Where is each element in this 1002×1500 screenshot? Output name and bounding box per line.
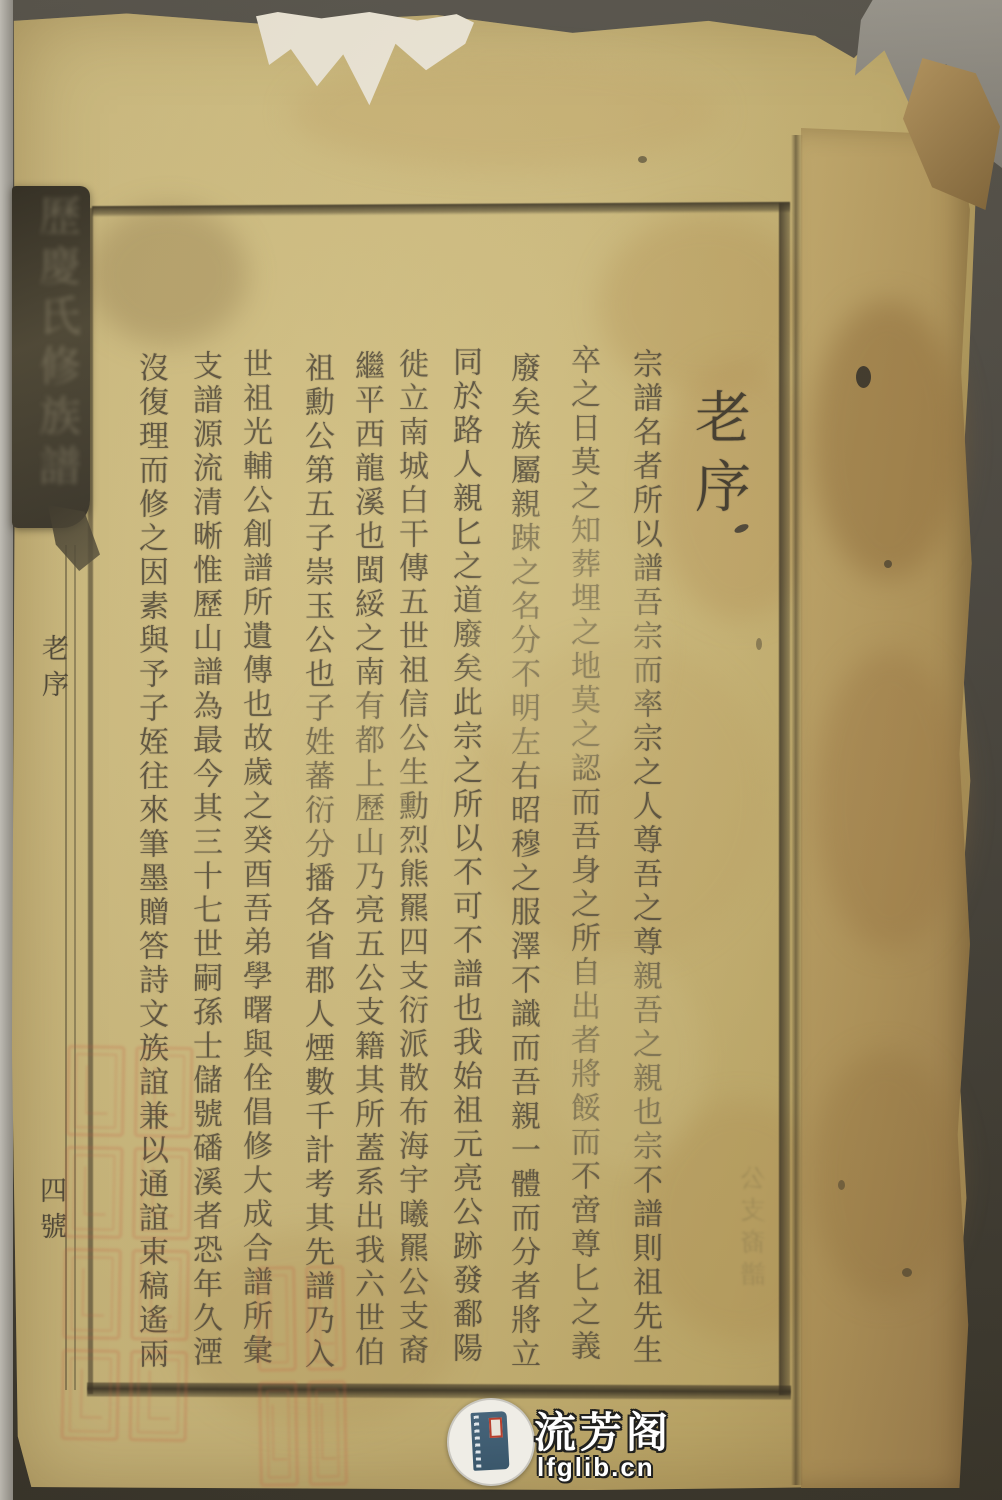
watermark-site-url: lfglib.cn	[537, 1452, 655, 1483]
spine-title-text: 歷慶氏修族譜	[26, 194, 86, 494]
spine-title-block: 歷慶氏修族譜	[12, 186, 90, 528]
margin-section-label: 老序	[34, 634, 73, 706]
wormhole-speck	[902, 1268, 912, 1277]
seal-glyph	[258, 1381, 299, 1487]
seal-glyph	[132, 1147, 192, 1239]
paper-stain	[815, 650, 965, 950]
paper-stain	[88, 205, 248, 345]
wormhole-speck	[638, 156, 647, 163]
scanned-page-photo: 歷慶氏修族譜 老序 宗譜名者所以譜吾宗而率宗之人尊吾之尊親吾之親也宗不譜則祖先生…	[0, 0, 1002, 1500]
text-column-2: 卒之日莫之知葬埋之地莫之認而吾身之所自出者將餒而不啻尊匕之義	[560, 344, 604, 1364]
book-icon	[471, 1411, 510, 1471]
wormhole-speck	[756, 638, 762, 650]
watermark-badge	[447, 1398, 535, 1486]
seal-glyph	[61, 1349, 121, 1441]
paper-stain	[812, 300, 962, 580]
showthrough-ghost-text: 公支裔譜	[738, 1165, 774, 1293]
watermark-site-name: 流芳阁	[534, 1400, 672, 1460]
preface-title: 老序	[678, 388, 758, 526]
seal-glyph	[307, 1380, 348, 1486]
text-column-1: 宗譜名者所以譜吾宗而率宗之人尊吾之尊親吾之親也宗不譜則祖先生	[622, 348, 666, 1368]
frame-border-right	[779, 203, 790, 1395]
paper-stain	[810, 1050, 960, 1300]
seal-glyph	[66, 1045, 126, 1137]
seal-glyph	[62, 1247, 122, 1339]
faded-print-patch	[290, 680, 420, 880]
faded-print-patch	[470, 500, 660, 780]
book-icon-label	[489, 1417, 503, 1438]
page-fold-crease	[791, 135, 803, 1485]
seal-glyph	[256, 1266, 297, 1372]
text-column-4: 同於路人親匕之道廢矣此宗之所以不可不譜也我始祖元亮公跡發鄱陽	[442, 346, 486, 1366]
large-red-seal	[52, 1037, 201, 1450]
seal-glyph	[134, 1046, 194, 1138]
small-red-seal	[248, 1257, 356, 1495]
seal-glyph	[130, 1249, 190, 1341]
wormhole-speck	[856, 366, 871, 388]
wormhole-speck	[884, 560, 892, 568]
wormhole-speck	[838, 1180, 845, 1190]
text-column-8: 世祖光輔公創譜所遺傳也故歲之癸酉吾弟學曙與佺倡修大成合譜所彙	[232, 348, 276, 1368]
seal-glyph	[129, 1350, 189, 1442]
seal-glyph	[64, 1146, 124, 1238]
seal-glyph	[305, 1265, 346, 1371]
faded-print-patch	[545, 950, 705, 1170]
